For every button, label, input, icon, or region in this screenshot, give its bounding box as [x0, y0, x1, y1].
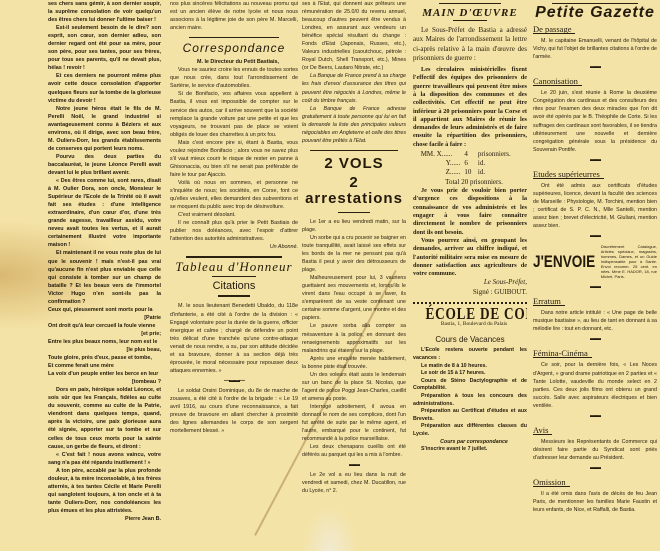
headline-vols: 2 VOLS — [302, 156, 406, 172]
paragraph: Un des voleurs était assis le lendemain … — [302, 371, 406, 403]
column-obituary: ses chers sans gémir, à son dernier soup… — [48, 0, 161, 551]
ornament: ▬▬ — [533, 283, 657, 291]
poem-wrap: [et prie; — [48, 330, 161, 338]
poem-line: Ceux qui, pieusement sont morts pour la — [48, 306, 161, 314]
heading-citations: Citations — [170, 282, 298, 290]
ornament: ▬▬ — [302, 461, 406, 469]
citation: M. le sous lieutenant Benedetti Ubaldo, … — [170, 302, 298, 374]
poem-line: Entre les plus beaux noms, leur nom est … — [48, 338, 161, 346]
poem-wrap: [Patrie — [48, 314, 161, 322]
ad-headline: J'ENVOIE — [533, 258, 595, 266]
heading-ecole-commerce: ÉCOLE DE COMMERCE — [426, 309, 515, 318]
allocation-row: Z...... 10 id. — [419, 168, 522, 177]
paragraph: Ce soir, pour la dernière fois, « Les No… — [533, 361, 657, 409]
ornament: ▬▬ — [533, 63, 657, 71]
ornament: —▬▬— — [170, 377, 298, 385]
poem-line: Ont droit qu'à leur cercueil la foule vi… — [48, 322, 161, 330]
paragraph: Le 2e vol a eu lieu dans la nuit de vend… — [302, 471, 406, 495]
paragraph: Interrogé adroitement, il avoua en donna… — [302, 403, 406, 443]
column-petite-gazette: Petite Gazette De passage M. le capitain… — [533, 0, 657, 551]
paragraph: La Banque de France prend à sa charge le… — [302, 72, 406, 104]
advertisement: J'ENVOIE Discrètement Catalogue, Article… — [533, 244, 657, 279]
paragraph: Vous pourrez ainsi, en groupant les dema… — [413, 237, 527, 278]
paragraph: Pourvu des deux parties du baccalauréat,… — [48, 153, 161, 177]
heading-main-oeuvre: MAIN D'ŒUVRE — [413, 9, 527, 18]
divider — [310, 150, 398, 151]
paragraph: Est-il seulement besoin de le dire? son … — [48, 24, 161, 72]
salutation: M. le Directeur du Petit Bastiais, — [170, 58, 298, 66]
heading-tableau-honneur: Tableau d'Honneur — [170, 263, 298, 271]
divider — [218, 295, 250, 297]
section-heading: Avis — [533, 426, 552, 435]
ornament: ▬▬ — [533, 232, 657, 240]
ecole-details: L'Ecole restera ouverte pendant les vaca… — [413, 347, 527, 453]
paragraph: Les circulaires ministérielles fixent l'… — [413, 66, 527, 149]
section-heading: Canonisation — [533, 77, 582, 86]
paragraph: Et ces derniers ne pourront même plus av… — [48, 72, 161, 104]
divider — [338, 212, 369, 213]
signature: Le Sous-Préfet, — [413, 278, 527, 287]
ornament: ▬▬ — [533, 412, 657, 420]
heading-cours-vacances: Cours de Vacances — [413, 335, 527, 344]
ad-text: Discrètement Catalogue, Articles spéciau… — [601, 244, 657, 279]
ornament: ▬▬ — [533, 156, 657, 164]
divider — [453, 20, 487, 21]
column-vols: ses à l'Etat, qui donnent aux prêteurs u… — [302, 0, 406, 551]
citation: Le soldat Orsini Dominique, du 8e de mar… — [170, 387, 298, 435]
paragraph: Après une enquête menée habilement, la b… — [302, 355, 406, 371]
poem: Ceux qui, pieusement sont morts pour la … — [48, 306, 161, 386]
paragraph: Le 1er a eu lieu vendredi matin, sur la … — [302, 218, 406, 234]
paragraph: M. le capitaine Emanuelli, venant de l'h… — [533, 37, 657, 61]
poem-line: La voix d'un peuple entier les berce en … — [48, 370, 161, 378]
paragraph: Mais c'est encore pire si, étant à Basti… — [170, 139, 298, 179]
signature: Un Abonné. — [170, 243, 298, 251]
paragraph: La Banque de France adresse gratuitement… — [302, 105, 406, 145]
paragraph: ses chers sans gémir, à son dernier soup… — [48, 0, 161, 24]
paragraph: Si de Bonifacio, vos affaires vous appel… — [170, 90, 298, 138]
total: Total 20 prisonniers. — [413, 178, 527, 187]
section-heading: Fémina-Cinéma — [533, 349, 592, 358]
divider — [439, 3, 502, 4]
divider — [212, 276, 257, 277]
ornament: ▬▬ — [533, 464, 657, 472]
paragraph: nos plus sincères félicitations au nouve… — [170, 0, 298, 32]
column-correspondance: nos plus sincères félicitations au nouve… — [170, 0, 298, 551]
paragraph: Vous ne sauriez croire les ennuis de tou… — [170, 66, 298, 90]
heading-correspondance: Correspondance — [170, 44, 298, 52]
paragraph: Il ne connaît plus qu'à prier le Petit B… — [170, 219, 298, 243]
signature: Signé : GUIBOUT. — [413, 288, 527, 297]
headline-arrestations: 2 arrestations — [302, 175, 406, 207]
paragraph: Notre jeune héros était le fils de M. Pe… — [48, 105, 161, 153]
paragraph: Le Sous-Préfet de Bastia a adressé aux M… — [413, 26, 527, 63]
paragraph: Malheureusement pour lui, 3 vauriens gue… — [302, 274, 406, 322]
paragraph: « Des êtres comme lui, sont rares, disai… — [48, 177, 161, 249]
paragraph: Je vous prie de vouloir bien porter d'ur… — [413, 187, 527, 237]
paragraph: Il a été omis dans l'avis de décès de fe… — [533, 490, 657, 514]
paragraph: Dors en paix, héroïque soldat Léonce, et… — [48, 386, 161, 450]
paragraph: Messieurs les Représentants de Commerce … — [533, 438, 657, 462]
paragraph: ses à l'Etat, qui donnent aux prêteurs u… — [302, 0, 406, 72]
paragraph: Dans notre article intitulé : « Une page… — [533, 309, 657, 333]
poem-wrap: [tombeau ? — [48, 378, 161, 386]
paragraph: Le 20 juin, s'est réunie à Rome la deuxi… — [533, 89, 657, 153]
column-main-oeuvre: MAIN D'ŒUVRE Le Sous-Préfet de Bastia a … — [413, 0, 527, 551]
divider — [186, 256, 282, 258]
ornament: ▬▬ — [533, 335, 657, 343]
section-heading: Erratum — [533, 297, 565, 306]
paragraph: Et maintenant il ne vous reste plus de l… — [48, 249, 161, 305]
paragraph: Voilà où nous en sommes, et personne ne … — [170, 179, 298, 211]
poem-wrap: [le plus beau, — [48, 346, 161, 354]
divider — [189, 37, 279, 38]
section-heading: Omission — [533, 478, 570, 487]
paragraph: Le pauvre sorba alla compter sa mésavent… — [302, 322, 406, 354]
paragraph: A ton père, accablé par la plus profonde… — [48, 467, 161, 515]
poem-line: Et comme ferait une mère — [48, 362, 161, 370]
allocation-table: MM. X...... 4 prisonniers. Y...... 6 id.… — [419, 150, 522, 177]
section-heading: Etudes supérieurres — [533, 170, 604, 179]
heading-petite-gazette: Petite Gazette — [533, 9, 657, 17]
signature: Pierre Jean B. — [48, 515, 161, 523]
section-heading: De passage — [533, 25, 575, 34]
allocation-row: MM. X...... 4 prisonniers. — [419, 150, 522, 159]
allocation-row: Y...... 6 id. — [419, 159, 522, 168]
paragraph: « C'est fait ! nous avons vaincu, votre … — [48, 451, 161, 467]
paragraph: Les deux chenapans cueillis ont été défé… — [302, 443, 406, 459]
poem-line: Toute gloire, près d'eux, passe et tombe… — [48, 354, 161, 362]
paragraph: Ont été admis aux certificats d'études s… — [533, 182, 657, 230]
paragraph: Un sorbe qui a cru pouvoir se baigner en… — [302, 234, 406, 274]
paragraph: C'est vraiment désolant. — [170, 211, 298, 219]
